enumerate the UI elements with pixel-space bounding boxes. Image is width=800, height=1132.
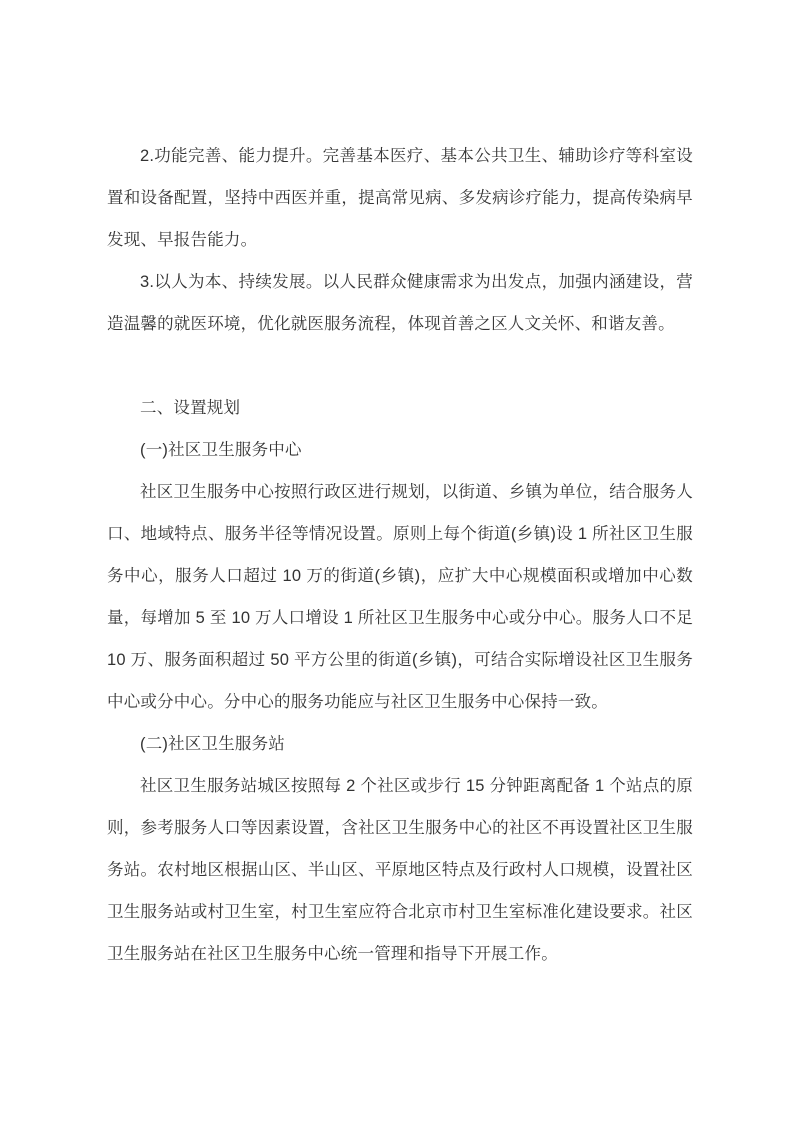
subsection-heading-community-health-center: (一)社区卫生服务中心 [107, 429, 693, 471]
document-text-block: 2.功能完善、能力提升。完善基本医疗、基本公共卫生、辅助诊疗等科室设置和设备配置… [0, 0, 800, 975]
section-heading-setup-planning: 二、设置规划 [107, 387, 693, 429]
paragraph-principle-3: 3.以人为本、持续发展。以人民群众健康需求为出发点，加强内涵建设，营造温馨的就医… [107, 261, 693, 345]
paragraph-station-planning: 社区卫生服务站城区按照每 2 个社区或步行 15 分钟距离配备 1 个站点的原则… [107, 765, 693, 975]
document-page: 2.功能完善、能力提升。完善基本医疗、基本公共卫生、辅助诊疗等科室设置和设备配置… [0, 0, 800, 1132]
paragraph-center-planning: 社区卫生服务中心按照行政区进行规划，以街道、乡镇为单位，结合服务人口、地域特点、… [107, 471, 693, 723]
paragraph-principle-2: 2.功能完善、能力提升。完善基本医疗、基本公共卫生、辅助诊疗等科室设置和设备配置… [107, 135, 693, 261]
subsection-heading-community-health-station: (二)社区卫生服务站 [107, 723, 693, 765]
